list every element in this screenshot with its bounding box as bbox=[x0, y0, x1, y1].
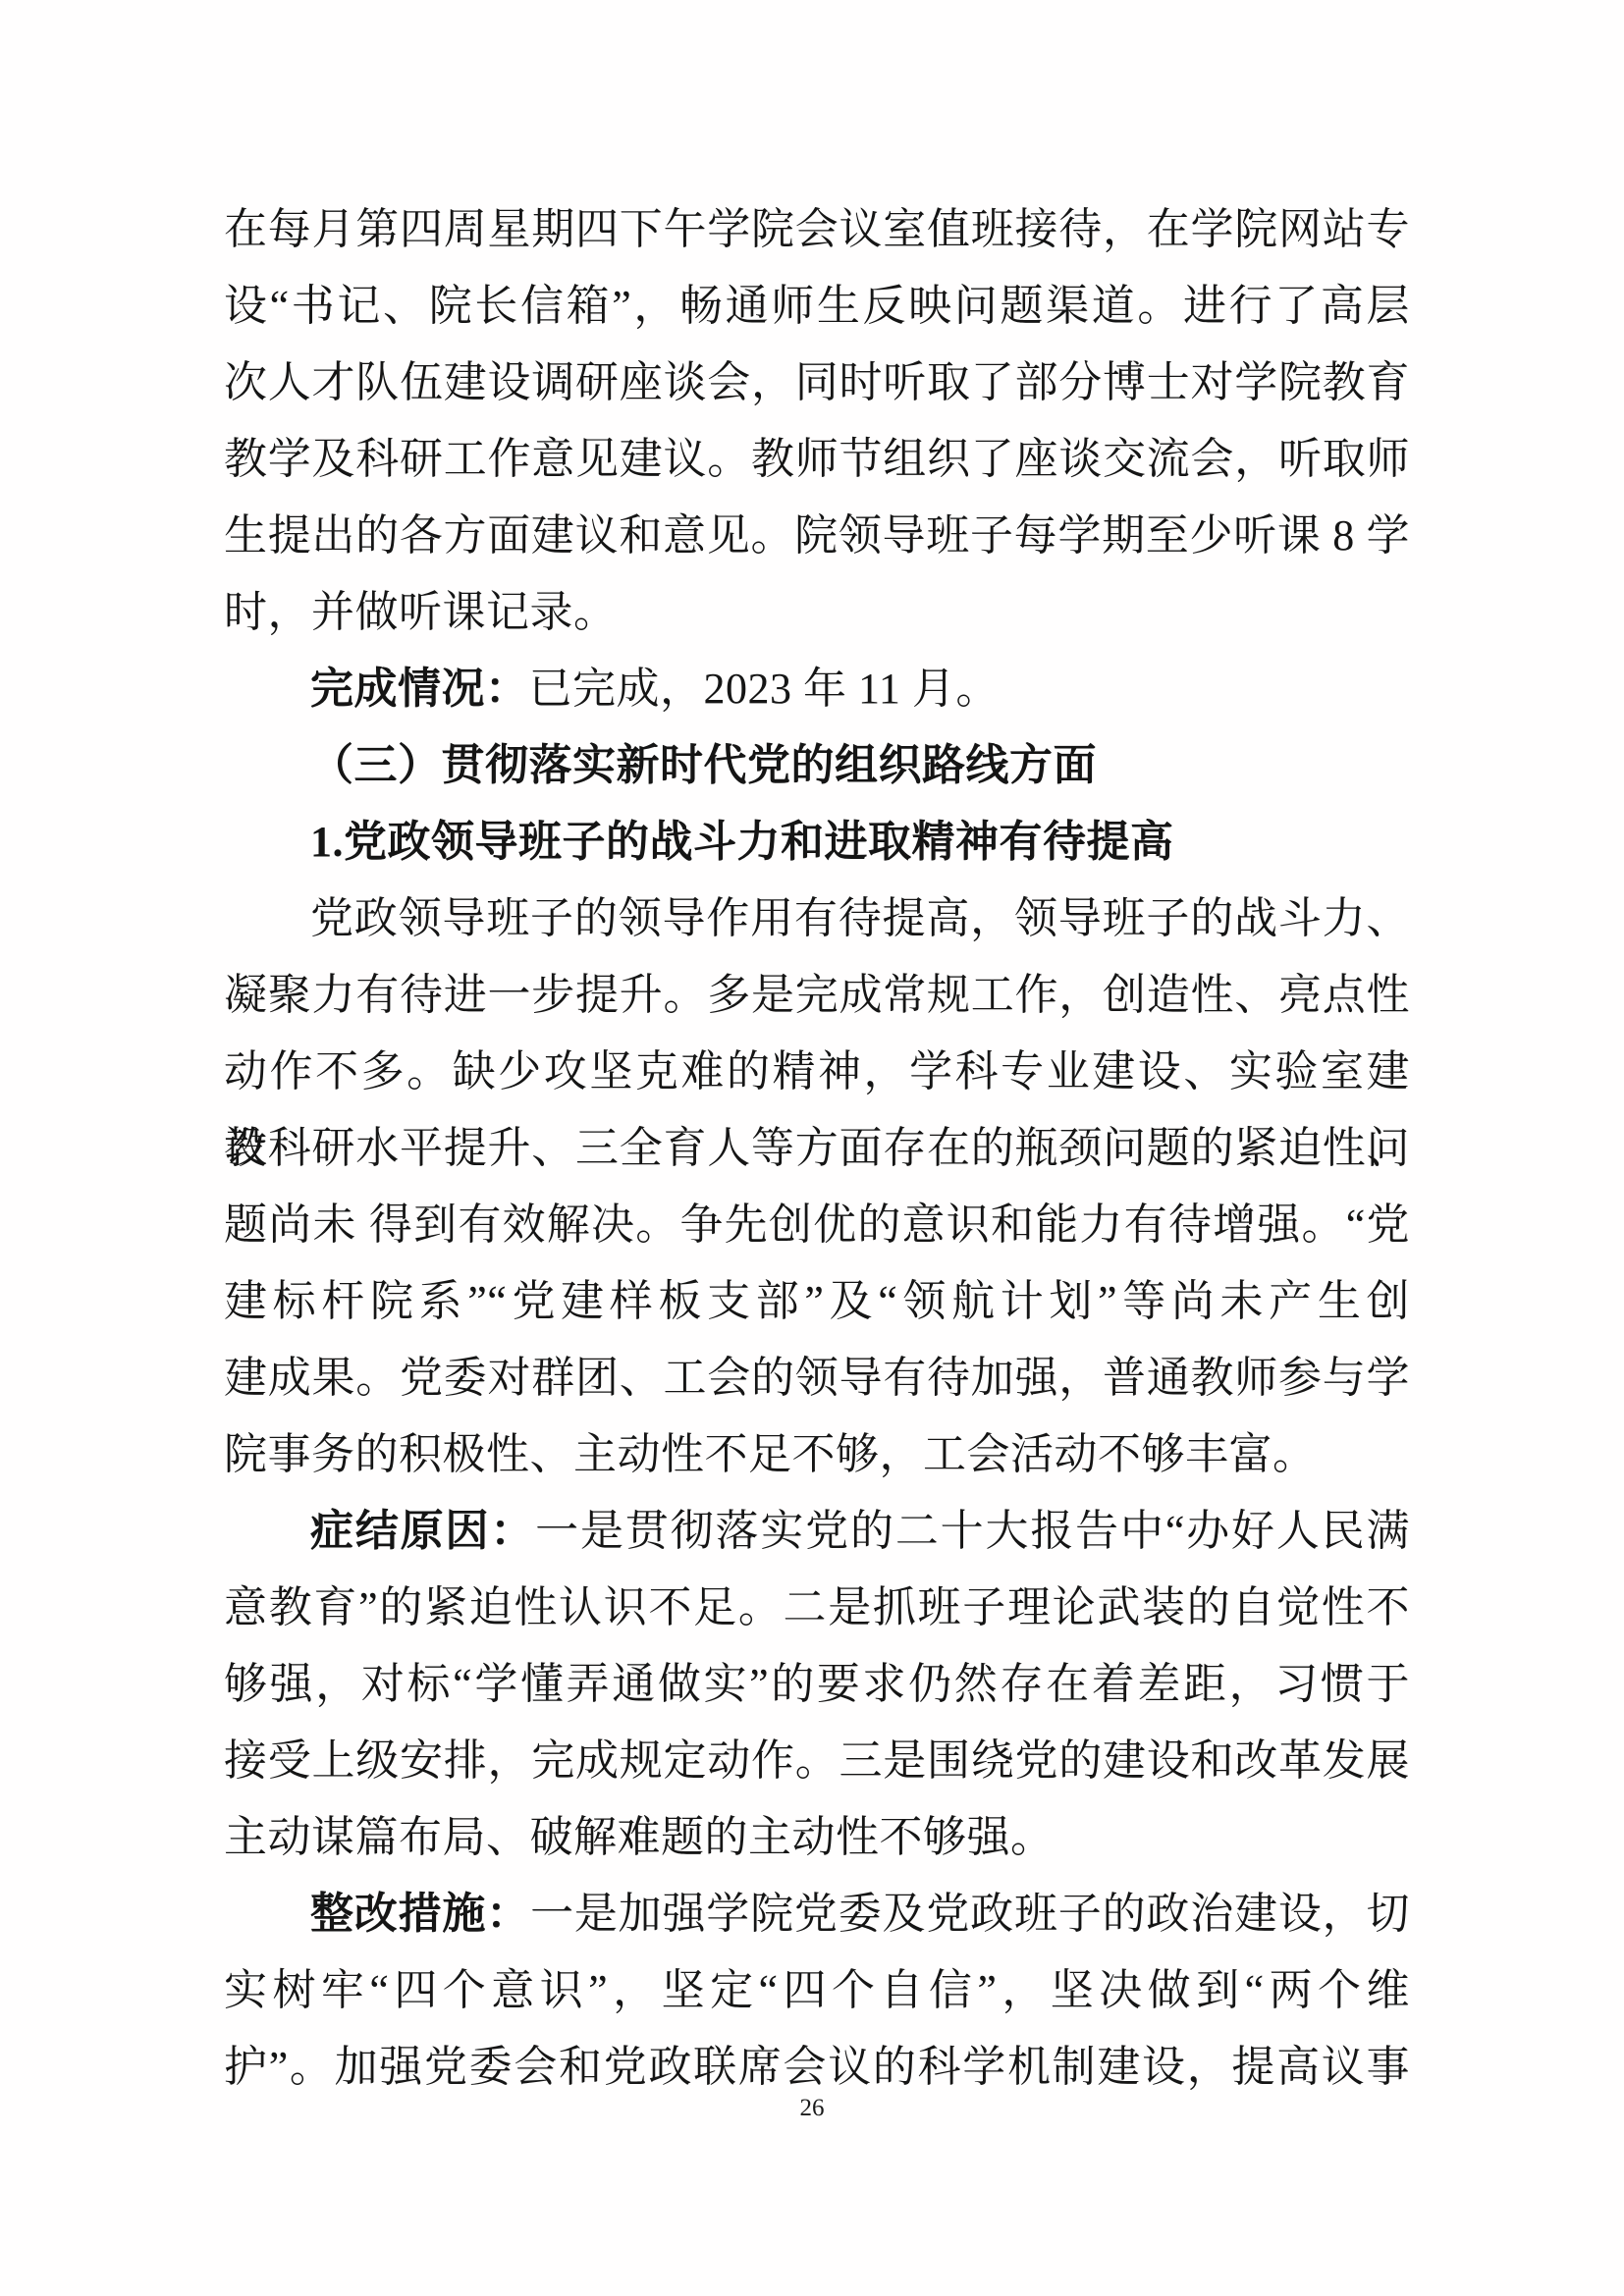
text-line: 动作不多。缺少攻坚克难的精神，学科专业建设、实验室建设、 bbox=[224, 1034, 1410, 1110]
text-line-completion-status: 完成情况：已完成，2023 年 11 月。 bbox=[224, 651, 1410, 727]
text-line: 教科研水平提升、三全育人等方面存在的瓶颈问题的紧迫性问 bbox=[224, 1110, 1410, 1187]
bold-text-run: 整改措施： bbox=[310, 1890, 530, 1938]
subsection-heading: 1.党政领导班子的战斗力和进取精神有待提高 bbox=[224, 804, 1410, 881]
text-line: 设“书记、院长信箱”，畅通师生反映问题渠道。进行了高层 bbox=[224, 268, 1410, 345]
text-line: 接受上级安排，完成规定动作。三是围绕党的建设和改革发展 bbox=[224, 1723, 1410, 1799]
text-run: 够强，对标“学懂弄通做实”的要求仍然存在着差距，习惯于 bbox=[224, 1660, 1410, 1708]
text-run: 主动谋篇布局、破解难题的主动性不够强。 bbox=[224, 1813, 1055, 1861]
text-run: 教科研水平提升、三全育人等方面存在的瓶颈问题的紧迫性问 bbox=[224, 1124, 1410, 1172]
text-line: 次人才队伍建设调研座谈会，同时听取了部分博士对学院教育 bbox=[224, 345, 1410, 421]
text-run: 在每月第四周星期四下午学院会议室值班接待，在学院网站专 bbox=[224, 205, 1410, 253]
text-line-rectification: 整改措施：一是加强学院党委及党政班子的政治建设，切 bbox=[224, 1876, 1410, 1952]
text-line: 凝聚力有待进一步提升。多是完成常规工作，创造性、亮点性 bbox=[224, 957, 1410, 1034]
text-run: 凝聚力有待进一步提升。多是完成常规工作，创造性、亮点性 bbox=[224, 971, 1410, 1019]
bold-text-run: 完成情况： bbox=[310, 665, 529, 713]
text-line: 在每月第四周星期四下午学院会议室值班接待，在学院网站专 bbox=[224, 191, 1410, 268]
text-line: 生提出的各方面建议和意见。院领导班子每学期至少听课 8 学 bbox=[224, 498, 1410, 574]
text-line-root-cause: 症结原因：一是贯彻落实党的二十大报告中“办好人民满 bbox=[224, 1493, 1410, 1570]
text-line: 时，并做听课记录。 bbox=[224, 574, 1410, 651]
text-run: 院事务的积极性、主动性不足不够，工会活动不够丰富。 bbox=[224, 1430, 1317, 1478]
text-run: 一是贯彻落实党的二十大报告中“办好人民满 bbox=[535, 1507, 1410, 1555]
text-run: 生提出的各方面建议和意见。院领导班子每学期至少听课 8 学 bbox=[224, 511, 1410, 560]
text-line: 意教育”的紧迫性认识不足。二是抓班子理论武装的自觉性不 bbox=[224, 1570, 1410, 1646]
document-body: 在每月第四周星期四下午学院会议室值班接待，在学院网站专 设“书记、院长信箱”，畅… bbox=[224, 191, 1410, 2106]
text-run: 设“书记、院长信箱”，畅通师生反映问题渠道。进行了高层 bbox=[224, 282, 1410, 330]
text-run: 时，并做听课记录。 bbox=[224, 588, 618, 636]
document-page: 在每月第四周星期四下午学院会议室值班接待，在学院网站专 设“书记、院长信箱”，畅… bbox=[0, 0, 1624, 2296]
text-run: 次人才队伍建设调研座谈会，同时听取了部分博士对学院教育 bbox=[224, 358, 1410, 406]
text-run: 实树牢“四个意识”，坚定“四个自信”，坚决做到“两个维 bbox=[224, 1966, 1410, 2014]
bold-text-run: 1.党政领导班子的战斗力和进取精神有待提高 bbox=[310, 818, 1174, 866]
bold-text-run: 症结原因： bbox=[310, 1507, 535, 1555]
text-run: 建成果。党委对群团、工会的领导有待加强，普通教师参与学 bbox=[224, 1354, 1410, 1402]
section-heading: （三）贯彻落实新时代党的组织路线方面 bbox=[224, 727, 1410, 804]
text-line: 够强，对标“学懂弄通做实”的要求仍然存在着差距，习惯于 bbox=[224, 1646, 1410, 1723]
bold-text-run: （三）贯彻落实新时代党的组织路线方面 bbox=[310, 741, 1097, 789]
text-run: 已完成，2023 年 11 月。 bbox=[529, 665, 1000, 713]
text-line: 建成果。党委对群团、工会的领导有待加强，普通教师参与学 bbox=[224, 1340, 1410, 1416]
text-line: 院事务的积极性、主动性不足不够，工会活动不够丰富。 bbox=[224, 1416, 1410, 1493]
text-run: 接受上级安排，完成规定动作。三是围绕党的建设和改革发展 bbox=[224, 1736, 1410, 1785]
text-line: 党政领导班子的领导作用有待提高，领导班子的战斗力、 bbox=[224, 881, 1410, 957]
text-run: 意教育”的紧迫性认识不足。二是抓班子理论武装的自觉性不 bbox=[224, 1583, 1410, 1631]
text-line: 建标杆院系”“党建样板支部”及“领航计划”等尚未产生创 bbox=[224, 1263, 1410, 1340]
text-run: 教学及科研工作意见建议。教师节组织了座谈交流会，听取师 bbox=[224, 435, 1410, 483]
text-line: 题尚未 得到有效解决。争先创优的意识和能力有待增强。“党 bbox=[224, 1187, 1410, 1263]
text-run: 一是加强学院党委及党政班子的政治建设，切 bbox=[530, 1890, 1410, 1938]
text-run: 党政领导班子的领导作用有待提高，领导班子的战斗力、 bbox=[310, 894, 1410, 942]
text-line: 实树牢“四个意识”，坚定“四个自信”，坚决做到“两个维 bbox=[224, 1952, 1410, 2029]
text-run: 题尚未 得到有效解决。争先创优的意识和能力有待增强。“党 bbox=[224, 1201, 1410, 1249]
text-run: 护”。加强党委会和党政联席会议的科学机制建设，提高议事 bbox=[224, 2043, 1410, 2091]
text-line: 教学及科研工作意见建议。教师节组织了座谈交流会，听取师 bbox=[224, 421, 1410, 498]
text-line: 主动谋篇布局、破解难题的主动性不够强。 bbox=[224, 1799, 1410, 1876]
page-number: 26 bbox=[0, 2089, 1624, 2128]
text-run: 建标杆院系”“党建样板支部”及“领航计划”等尚未产生创 bbox=[224, 1277, 1410, 1325]
